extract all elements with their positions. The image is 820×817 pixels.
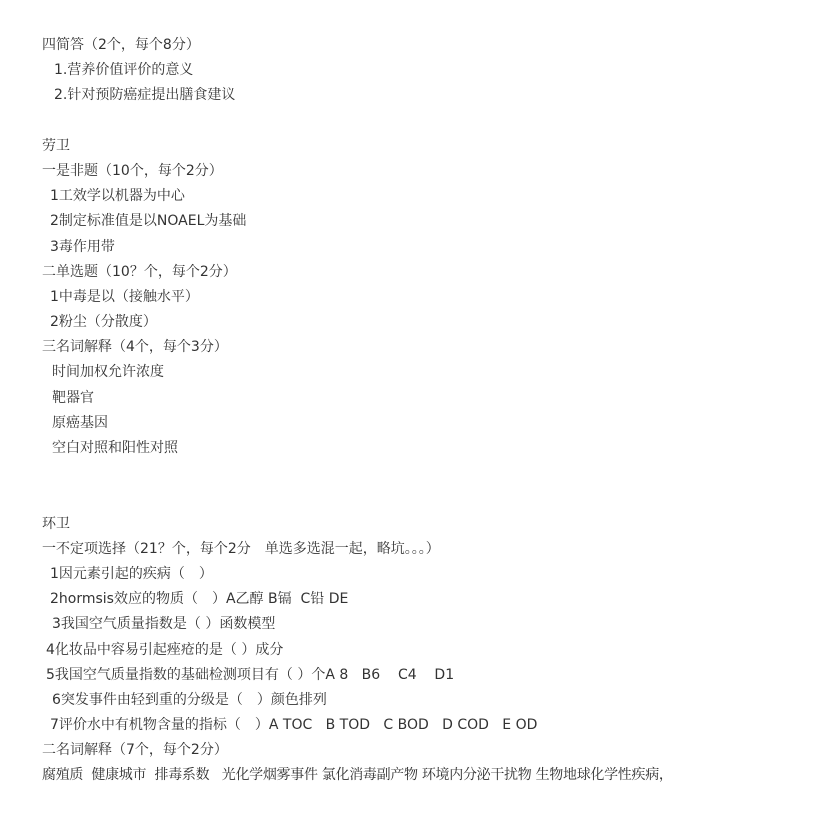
multi-choice-item: 7评价水中有机物含量的指标（ ）A TOC B TOD C BOD D COD … (42, 713, 812, 738)
nutrition-item: 1.营养价值评价的意义 (42, 58, 812, 83)
single-choice-item: 2粉尘（分散度） (42, 310, 812, 335)
term-item: 空白对照和阳性对照 (42, 436, 812, 461)
term-item: 原癌基因 (42, 411, 812, 436)
term-item: 时间加权允许浓度 (42, 360, 812, 385)
spacer (42, 461, 812, 511)
single-choice-item: 1中毒是以（接触水平） (42, 285, 812, 310)
true-false-item: 1工效学以机器为中心 (42, 184, 812, 209)
single-choice-heading: 二单选题（10？个，每个2分） (42, 260, 812, 285)
true-false-item: 2制定标准值是以NOAEL为基础 (42, 209, 812, 234)
env-terms-line: 腐殖质 健康城市 排毒系数 光化学烟雾事件 氯化消毒副产物 环境内分泌干扰物 生… (42, 763, 812, 788)
multi-choice-heading: 一不定项选择（21？个，每个2分 单选多选混一起，略坑。。。） (42, 537, 812, 562)
multi-choice-item: 3我国空气质量指数是（ ）函数模型 (42, 612, 812, 637)
occupational-title: 劳卫 (42, 134, 812, 159)
true-false-heading: 一是非题（10个，每个2分） (42, 159, 812, 184)
document-body: 四简答（2个，每个8分） 1.营养价值评价的意义 2.针对预防癌症提出膳食建议 … (42, 33, 812, 789)
terms-heading: 三名词解释（4个，每个3分） (42, 335, 812, 360)
env-terms-heading: 二名词解释（7个，每个2分） (42, 738, 812, 763)
true-false-item: 3毒作用带 (42, 235, 812, 260)
environmental-title: 环卫 (42, 512, 812, 537)
term-item: 靶器官 (42, 386, 812, 411)
multi-choice-item: 5我国空气质量指数的基础检测项目有（ ）个A 8 B6 C4 D1 (42, 663, 812, 688)
nutrition-heading: 四简答（2个，每个8分） (42, 33, 812, 58)
multi-choice-item: 2hormsis效应的物质（ ）A乙醇 B镉 C铅 DE (42, 587, 812, 612)
nutrition-item: 2.针对预防癌症提出膳食建议 (42, 83, 812, 108)
spacer (42, 109, 812, 134)
multi-choice-item: 1因元素引起的疾病（ ） (42, 562, 812, 587)
multi-choice-item: 4化妆品中容易引起痤疮的是（ ）成分 (42, 638, 812, 663)
multi-choice-item: 6突发事件由轻到重的分级是（ ）颜色排列 (42, 688, 812, 713)
